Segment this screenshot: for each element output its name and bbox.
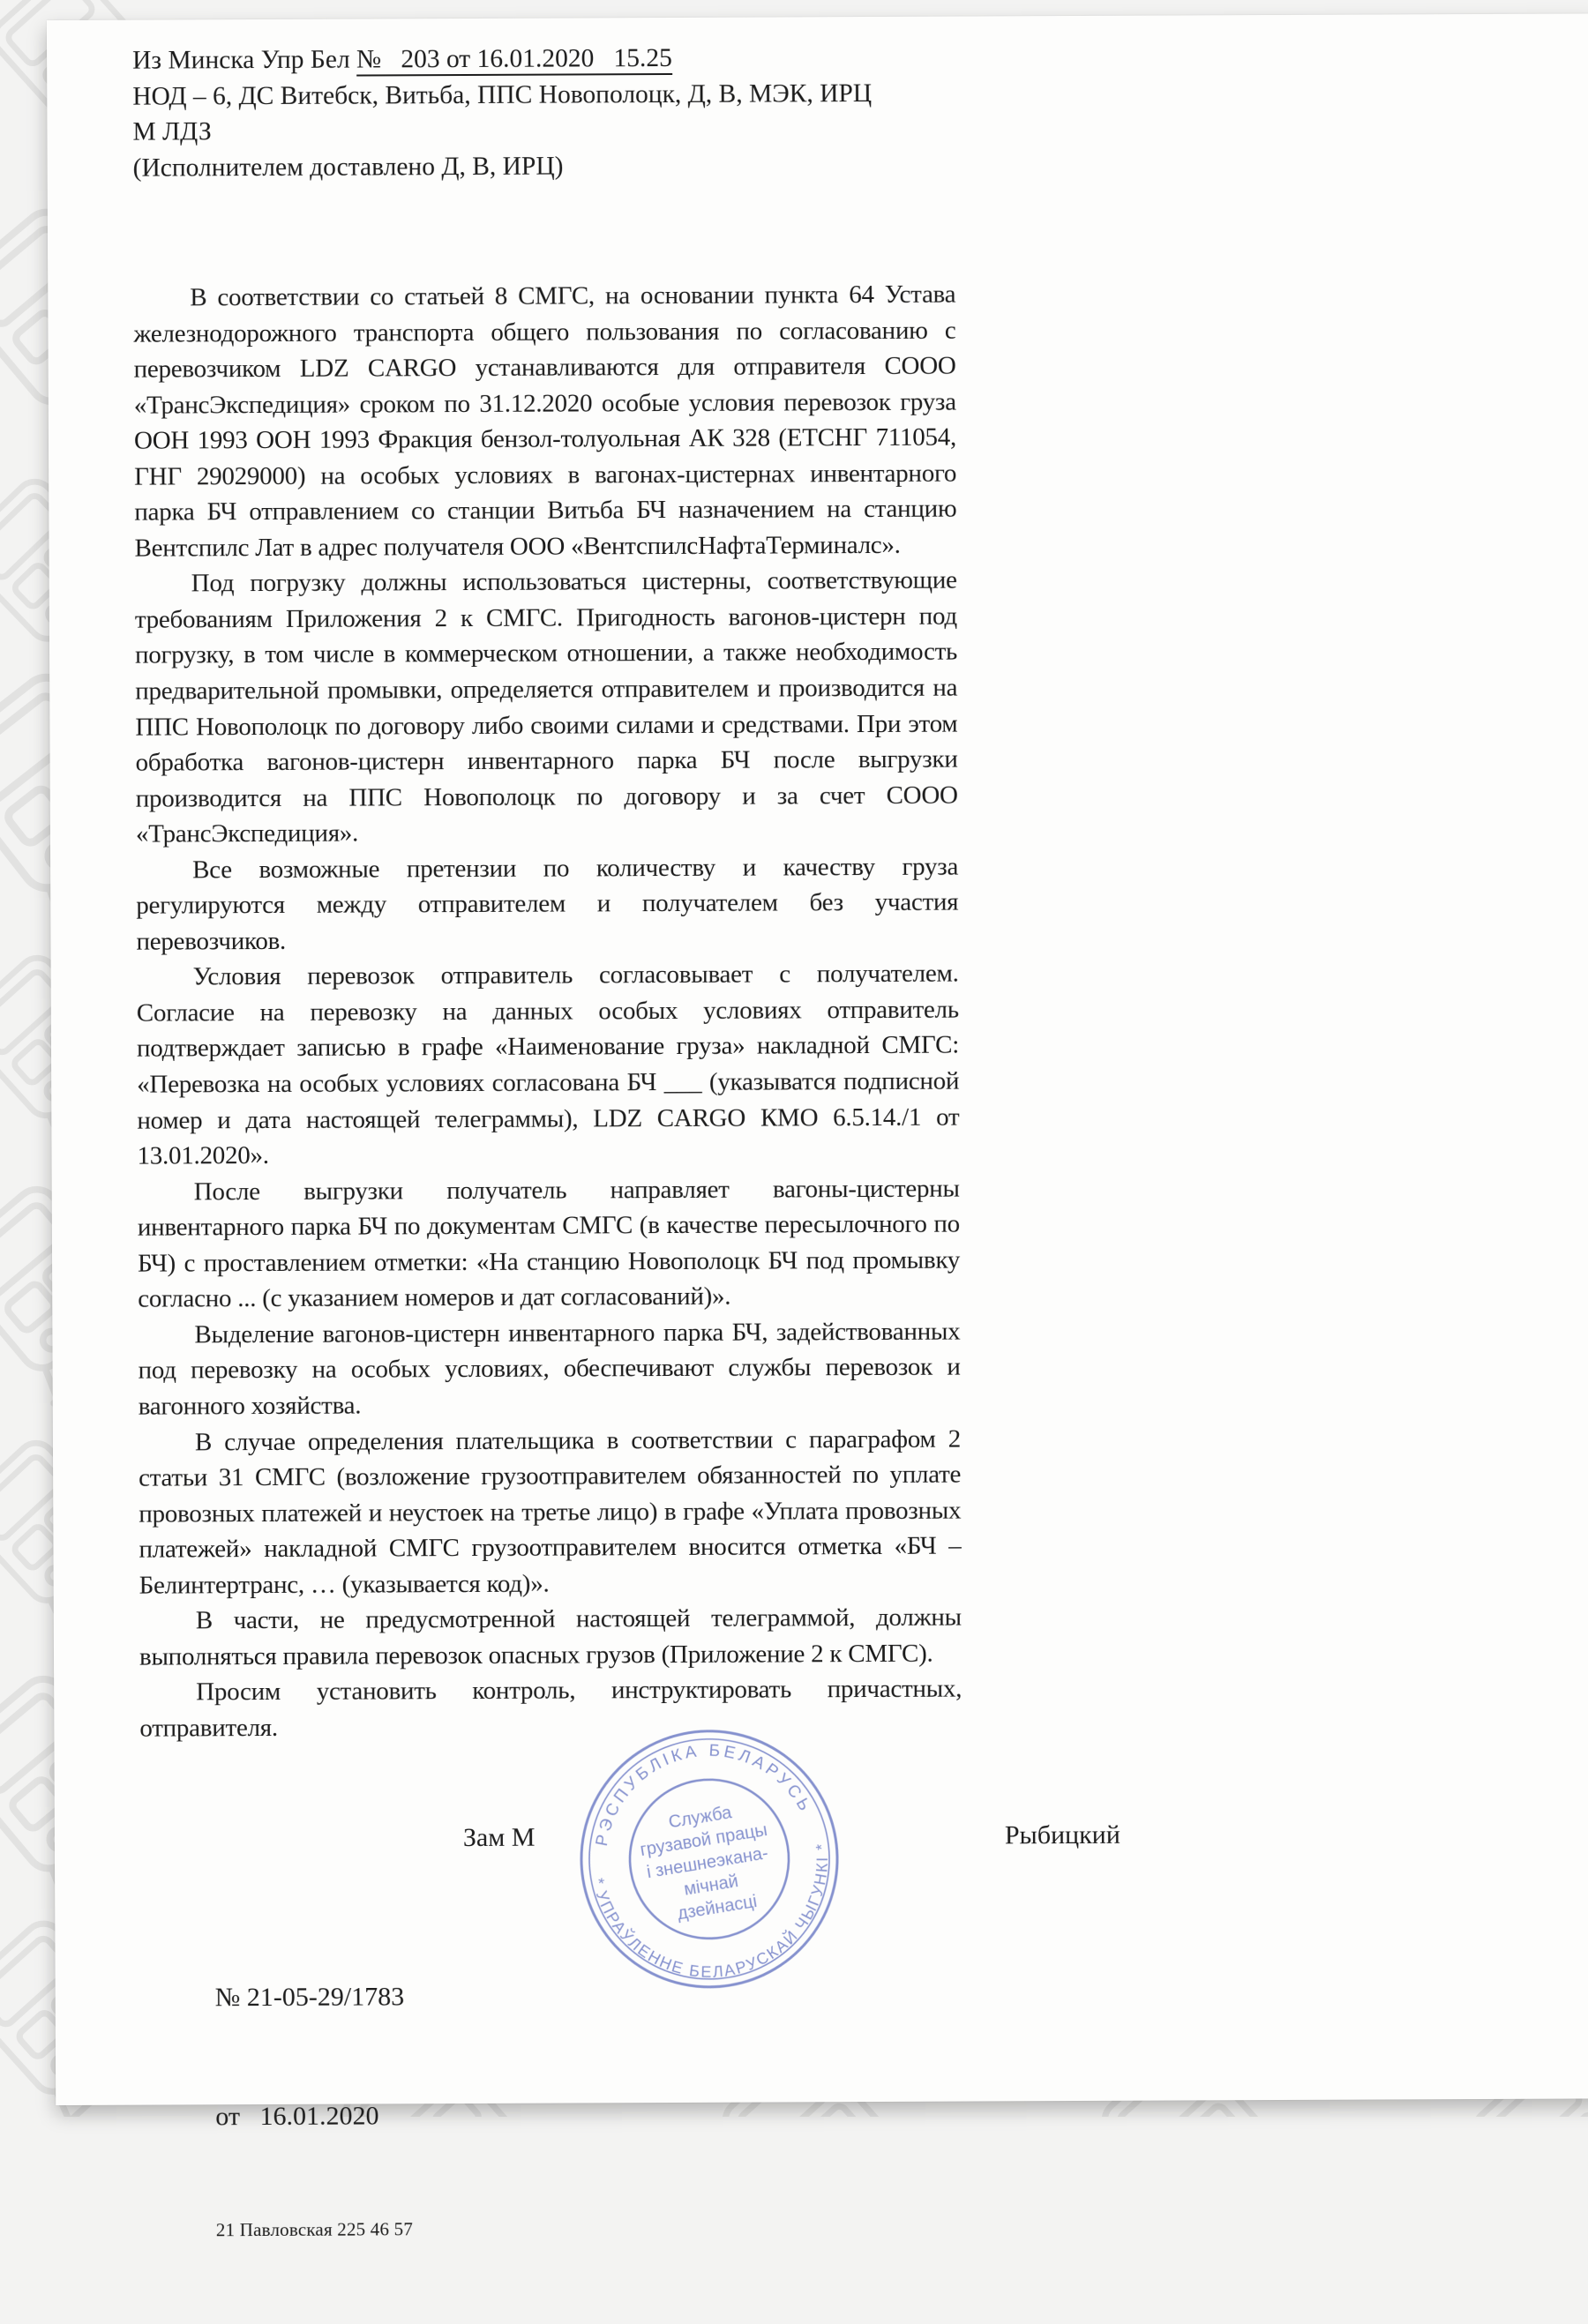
telegram-origin-line: Из Минска Упр Бел № 203 от 16.01.2020 15… (132, 39, 1103, 78)
body-paragraph: Выделение вагонов-цистерн инвентарного п… (138, 1313, 961, 1424)
addressees-line-2: М ЛДЗ (132, 110, 1103, 150)
round-railway-seal-icon: РЭСПУБЛІКА БЕЛАРУСЬ * УПРАЎЛЕННЕ БЕЛАРУС… (558, 1708, 861, 2011)
reference-block: № 21-05-29/1783 от 16.01.2020 21 Павловс… (214, 1897, 413, 2117)
stamp-inner-text: Служба грузавой працы і знешнеэкана- міч… (635, 1797, 785, 1928)
document-page: Из Минска Упр Бел № 203 от 16.01.2020 15… (47, 13, 1588, 2105)
addressees-line: НОД – 6, ДС Витебск, Витьба, ППС Новопол… (132, 74, 1103, 114)
body-paragraph: Под погрузку должны использоваться цисте… (135, 563, 958, 852)
body-paragraph: В части, не предусмотренной настоящей те… (139, 1600, 962, 1675)
body-paragraph: После выгрузки получатель направляет ваг… (138, 1170, 961, 1317)
body-paragraph: Условия перевозок отправитель согласовыв… (137, 956, 960, 1174)
body-paragraph: Все возможные претензии по количеству и … (136, 848, 959, 960)
reference-date: от 16.01.2020 (215, 2096, 412, 2117)
signer-position: Зам М (463, 1823, 536, 1853)
telegram-header: Из Минска Упр Бел № 203 от 16.01.2020 15… (132, 39, 1104, 186)
body-paragraph: В случае определения плательщика в соотв… (139, 1421, 962, 1603)
signer-name: Рыбицкий (1005, 1820, 1120, 1851)
telegram-body: В соответствии со статьей 8 СМГС, на осн… (133, 277, 962, 1746)
body-paragraph: В соответствии со статьей 8 СМГС, на осн… (133, 277, 956, 566)
body-paragraph: Просим установить контроль, инструктиров… (139, 1671, 962, 1746)
delivery-note: (Исполнителем доставлено Д, В, ИРЦ) (133, 146, 1104, 186)
origin-prefix: Из Минска Упр Бел (132, 46, 356, 75)
reference-number: № 21-05-29/1783 (215, 1977, 412, 2017)
telegram-number: № 203 от 16.01.2020 15.25 (356, 44, 672, 77)
